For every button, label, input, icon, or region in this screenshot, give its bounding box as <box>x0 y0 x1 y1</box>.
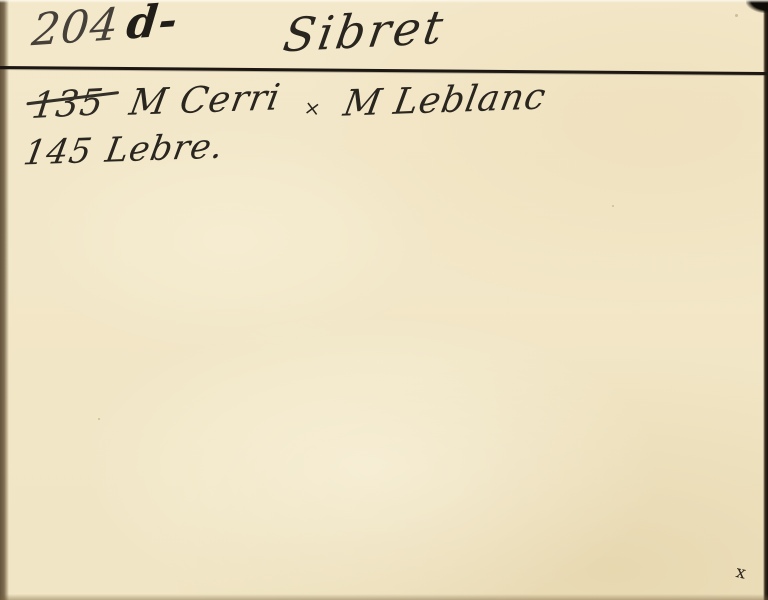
entry-number-text: 135 <box>30 82 107 127</box>
entry-name-b: M Leblanc <box>340 76 549 124</box>
card-bottom-edge-shadow <box>0 594 768 600</box>
entry-separator-mark: × <box>302 95 323 121</box>
catalog-number-main: 204 <box>29 0 121 56</box>
paper-speckle <box>735 14 738 17</box>
entry-number-struck: 135 <box>30 82 107 127</box>
catalog-number-suffix: d- <box>124 0 180 50</box>
paper-speckle <box>98 418 100 420</box>
card-right-edge-shadow <box>763 0 768 600</box>
entry-line-2: 145Lebre. <box>21 126 228 173</box>
entry-2-text: Lebre. <box>102 126 227 170</box>
entry-2-number: 145 <box>21 131 96 174</box>
index-card: 204d- Sibret 135 M Cerri × M Leblanc 145… <box>0 0 768 600</box>
card-left-edge-shadow <box>0 0 9 600</box>
corner-x-mark: x <box>734 562 749 584</box>
entry-name-a: M Cerri <box>126 77 283 124</box>
card-title: Sibret <box>280 0 450 62</box>
catalog-number: 204d- <box>29 0 180 56</box>
printed-rule <box>0 66 768 75</box>
paper-speckle <box>612 205 614 207</box>
